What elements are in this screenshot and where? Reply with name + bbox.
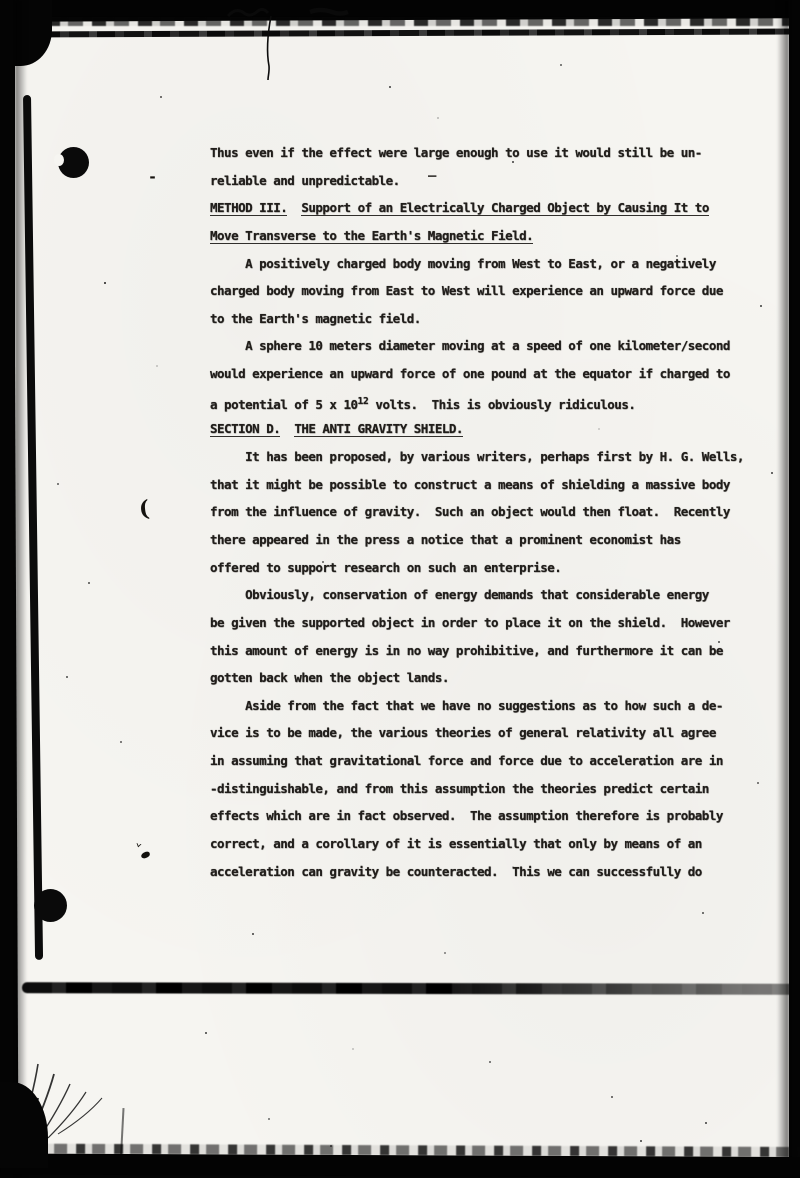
margin-dash-mark: - [148, 168, 157, 186]
text-line: -distinguishable, and from this assumpti… [210, 775, 762, 803]
hole-punch-top [58, 147, 89, 178]
text-line: gotten back when the object lands. [210, 664, 762, 692]
text-line: from the influence of gravity. Such an o… [210, 498, 762, 526]
scan-border-right [789, 0, 800, 1178]
text-line: be given the supported object in order t… [210, 609, 762, 637]
pen-scribble-top [222, 2, 352, 28]
scan-border-bottom [0, 1154, 800, 1178]
text-line: that it might be possible to construct a… [210, 471, 762, 499]
text-line: A positively charged body moving from We… [210, 250, 762, 278]
text-line: charged body moving from East to West wi… [210, 277, 762, 305]
scan-border-left [0, 0, 15, 1178]
text-line: correct, and a corollary of it is essent… [210, 830, 762, 858]
text-line: acceleration can gravity be counteracted… [210, 858, 762, 886]
page-fold-band [22, 982, 800, 995]
text-line: effects which are in fact observed. The … [210, 802, 762, 830]
text-line: It has been proposed, by various writers… [210, 443, 762, 471]
text-line: Move Transverse to the Earth's Magnetic … [210, 222, 762, 250]
text-block: Thus even if the effect were large enoug… [210, 139, 762, 885]
text-line: to the Earth's magnetic field. [210, 305, 762, 333]
text-line: Aside from the fact that we have no sugg… [210, 692, 762, 720]
text-line: reliable and unpredictable. [210, 167, 762, 195]
text-line: Obviously, conservation of energy demand… [210, 581, 762, 609]
text-line: offered to support research on such an e… [210, 554, 762, 582]
text-line: would experience an upward force of one … [210, 360, 762, 388]
text-line: in assuming that gravitational force and… [210, 747, 762, 775]
stray-dash-mark: – [428, 168, 436, 184]
text-line: this amount of energy is in no way prohi… [210, 637, 762, 665]
hole-punch-bottom [34, 889, 67, 922]
text-line: SECTION D. THE ANTI GRAVITY SHIELD. [210, 415, 762, 443]
text-line: A sphere 10 meters diameter moving at a … [210, 332, 762, 360]
text-line: vice is to be made, the various theories… [210, 719, 762, 747]
scanned-page: Thus even if the effect were large enoug… [0, 0, 800, 1178]
scan-border-top [0, 0, 800, 17]
text-line: a potential of 5 x 1012 volts. This is o… [210, 388, 762, 416]
text-line: METHOD III. Support of an Electrically C… [210, 194, 762, 222]
text-line: Thus even if the effect were large enoug… [210, 139, 762, 167]
text-line: there appeared in the press a notice tha… [210, 526, 762, 554]
